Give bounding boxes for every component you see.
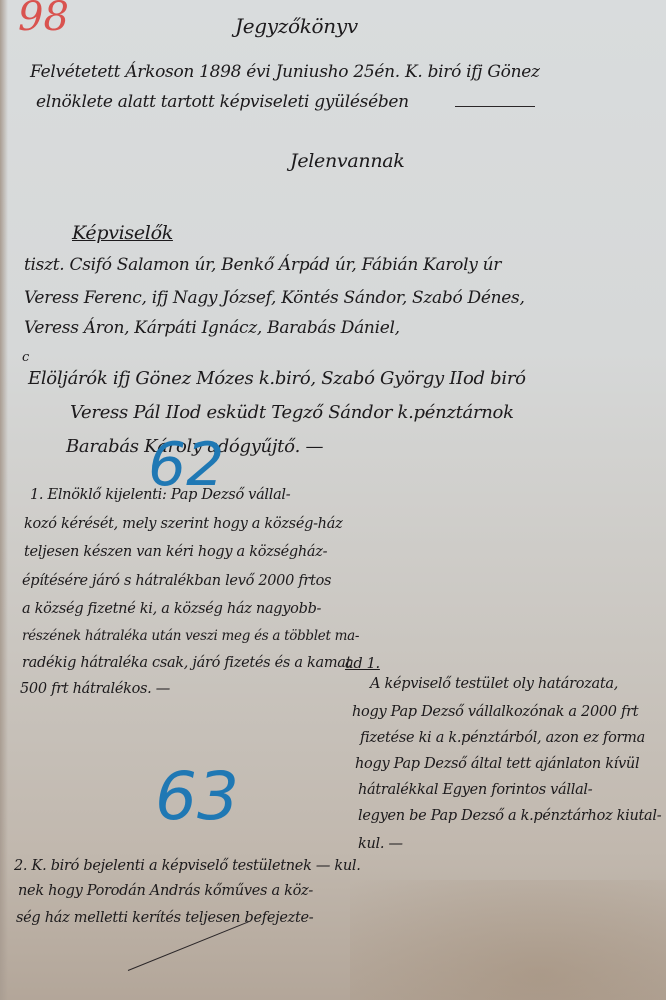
item1-line: építésére járó s hátralékban levő 2000 f… [22,573,331,589]
item2-line: ség ház melletti kerítés teljesen befeje… [16,910,313,926]
folio-number-63: 63 [155,758,239,835]
item1-line: 1. Elnöklő kijelenti: Pap Dezső vállal- [30,487,290,503]
resolution-label: ad 1. [345,656,380,672]
item1-line: radékig hátraléka csak, járó fizetés és … [22,655,351,671]
resolution-line: legyen be Pap Dezső a k.pénztárhoz kiuta… [358,808,661,824]
item1-line: 500 frt hátralékos. — [20,681,170,697]
item1-line: teljesen készen van kéri hogy a községhá… [24,544,327,560]
red-page-number: 98 [18,0,69,40]
intro-end-rule [455,106,535,107]
page-edge-shadow [0,0,8,1000]
paper-stain [350,880,666,1000]
closing-flourish [128,921,249,971]
resolution-line: kul. — [358,836,403,852]
item1-line: a község fizetné ki, a község ház nagyob… [22,601,321,617]
resolution-line: hátralékkal Egyen forintos vállal- [358,782,592,798]
item1-line: részének hátraléka után veszi meg és a t… [22,628,359,644]
document-title: Jegyzőkönyv [235,14,358,38]
officials-line-1: Elöljárók ifj Gönez Mózes k.biró, Szabó … [28,368,526,389]
intro-line-1: Felvétetett Árkoson 1898 évi Juniusho 25… [30,62,540,82]
item1-line: kozó kérését, mely szerint hogy a község… [24,516,342,532]
item2-line: 2. K. biró bejelenti a képviselő testüle… [14,858,361,874]
officials-line-2: Veress Pál IIod esküdt Tegző Sándor k.pé… [70,402,514,423]
resolution-line: hogy Pap Dezső által tett ajánlaton kívü… [355,756,639,772]
item2-line: nek hogy Porodán András kőműves a köz- [18,883,313,899]
representatives-line-1: tiszt. Csifó Salamon úr, Benkő Árpád úr,… [24,255,501,275]
officials-marker: c [22,350,29,365]
resolution-line: A képviselő testület oly határozata, [370,676,618,692]
representatives-line-2: Veress Ferenc, ifj Nagy József, Köntés S… [24,288,525,308]
document-page: 98 Jegyzőkönyv Felvétetett Árkoson 1898 … [0,0,666,1000]
intro-line-2: elnöklete alatt tartott képviseleti gyül… [36,92,409,112]
representatives-line-3: Veress Áron, Kárpáti Ignácz, Barabás Dán… [24,318,400,338]
representatives-heading: Képviselők [72,222,173,244]
present-heading: Jelenvannak [290,150,405,172]
resolution-line: fizetése ki a k.pénztárból, azon ez form… [360,730,645,746]
resolution-line: hogy Pap Dezső vállalkozónak a 2000 frt [352,704,638,720]
